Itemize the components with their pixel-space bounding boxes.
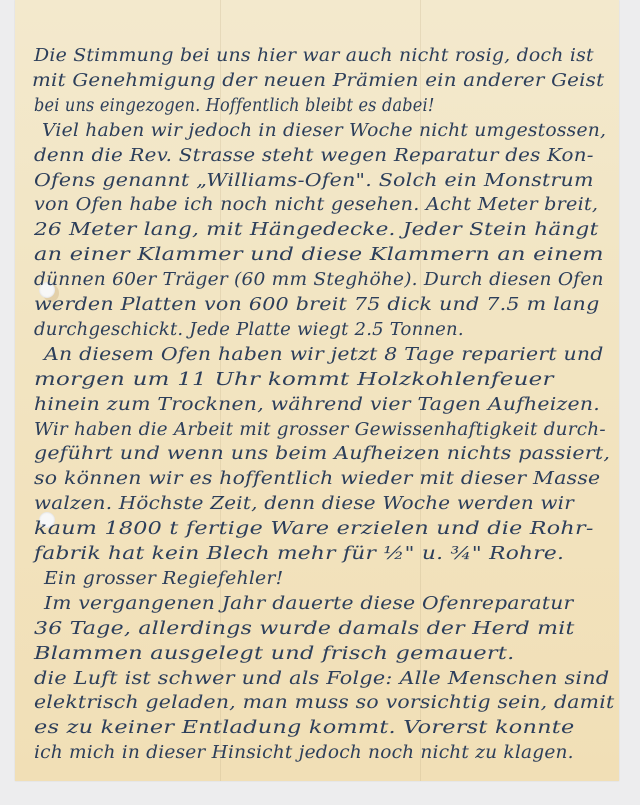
letter-page: Die Stimmung bei uns hier war auch nicht… bbox=[15, 0, 619, 781]
paper-fold bbox=[420, 0, 421, 781]
handwritten-line: durchgeschickt. Jede Platte wiegt 2.5 To… bbox=[34, 320, 464, 340]
handwritten-line: elektrisch geladen, man muss so vorsicht… bbox=[34, 693, 614, 713]
handwritten-line: morgen um 11 Uhr kommt Holzkohlenfeuer bbox=[34, 370, 554, 390]
handwritten-line: An diesem Ofen haben wir jetzt 8 Tage re… bbox=[44, 345, 604, 365]
handwritten-line: 36 Tage, allerdings wurde damals der Her… bbox=[34, 619, 575, 639]
handwritten-line: Die Stimmung bei uns hier war auch nicht… bbox=[34, 46, 594, 66]
handwritten-line: 26 Meter lang, mit Hängedecke. Jeder Ste… bbox=[34, 220, 598, 240]
handwritten-line: fabrik hat kein Blech mehr für ½" u. ¾" … bbox=[34, 544, 564, 564]
handwritten-line: Ein grosser Regiefehler! bbox=[44, 569, 283, 589]
handwritten-line: Viel haben wir jedoch in dieser Woche ni… bbox=[42, 121, 606, 141]
handwritten-line: es zu keiner Entladung kommt. Vorerst ko… bbox=[34, 718, 575, 738]
handwritten-line: Blammen ausgelegt und frisch gemauert. bbox=[34, 644, 515, 664]
handwritten-line: Wir haben die Arbeit mit grosser Gewisse… bbox=[34, 420, 606, 440]
handwritten-line: geführt und wenn uns beim Aufheizen nich… bbox=[34, 444, 610, 464]
handwritten-line: so können wir es hoffentlich wieder mit … bbox=[34, 469, 600, 489]
handwritten-line: Im vergangenen Jahr dauerte diese Ofenre… bbox=[44, 594, 573, 614]
handwritten-line: an einer Klammer und diese Klammern an e… bbox=[34, 245, 604, 265]
handwritten-line: mit Genehmigung der neuen Prämien ein an… bbox=[32, 71, 604, 91]
handwritten-line: walzen. Höchste Zeit, denn diese Woche w… bbox=[34, 494, 574, 514]
handwritten-line: von Ofen habe ich noch nicht gesehen. Ac… bbox=[34, 195, 598, 215]
handwritten-line: ich mich in dieser Hinsicht jedoch noch … bbox=[34, 743, 574, 763]
handwritten-line: dünnen 60er Träger (60 mm Steghöhe). Dur… bbox=[34, 270, 604, 290]
handwritten-line: denn die Rev. Strasse steht wegen Repara… bbox=[34, 146, 594, 166]
handwritten-line: werden Platten von 600 breit 75 dick und… bbox=[34, 295, 600, 315]
handwritten-line: Ofens genannt „Williams-Ofen". Solch ein… bbox=[34, 171, 594, 191]
handwritten-line: hinein zum Trocknen, während vier Tagen … bbox=[34, 395, 600, 415]
handwritten-line: kaum 1800 t fertige Ware erzielen und di… bbox=[34, 519, 594, 539]
handwritten-line: bei uns eingezogen. Hoffentlich bleibt e… bbox=[34, 96, 435, 116]
handwritten-line: die Luft ist schwer und als Folge: Alle … bbox=[34, 669, 609, 689]
paper-fold bbox=[220, 0, 221, 781]
